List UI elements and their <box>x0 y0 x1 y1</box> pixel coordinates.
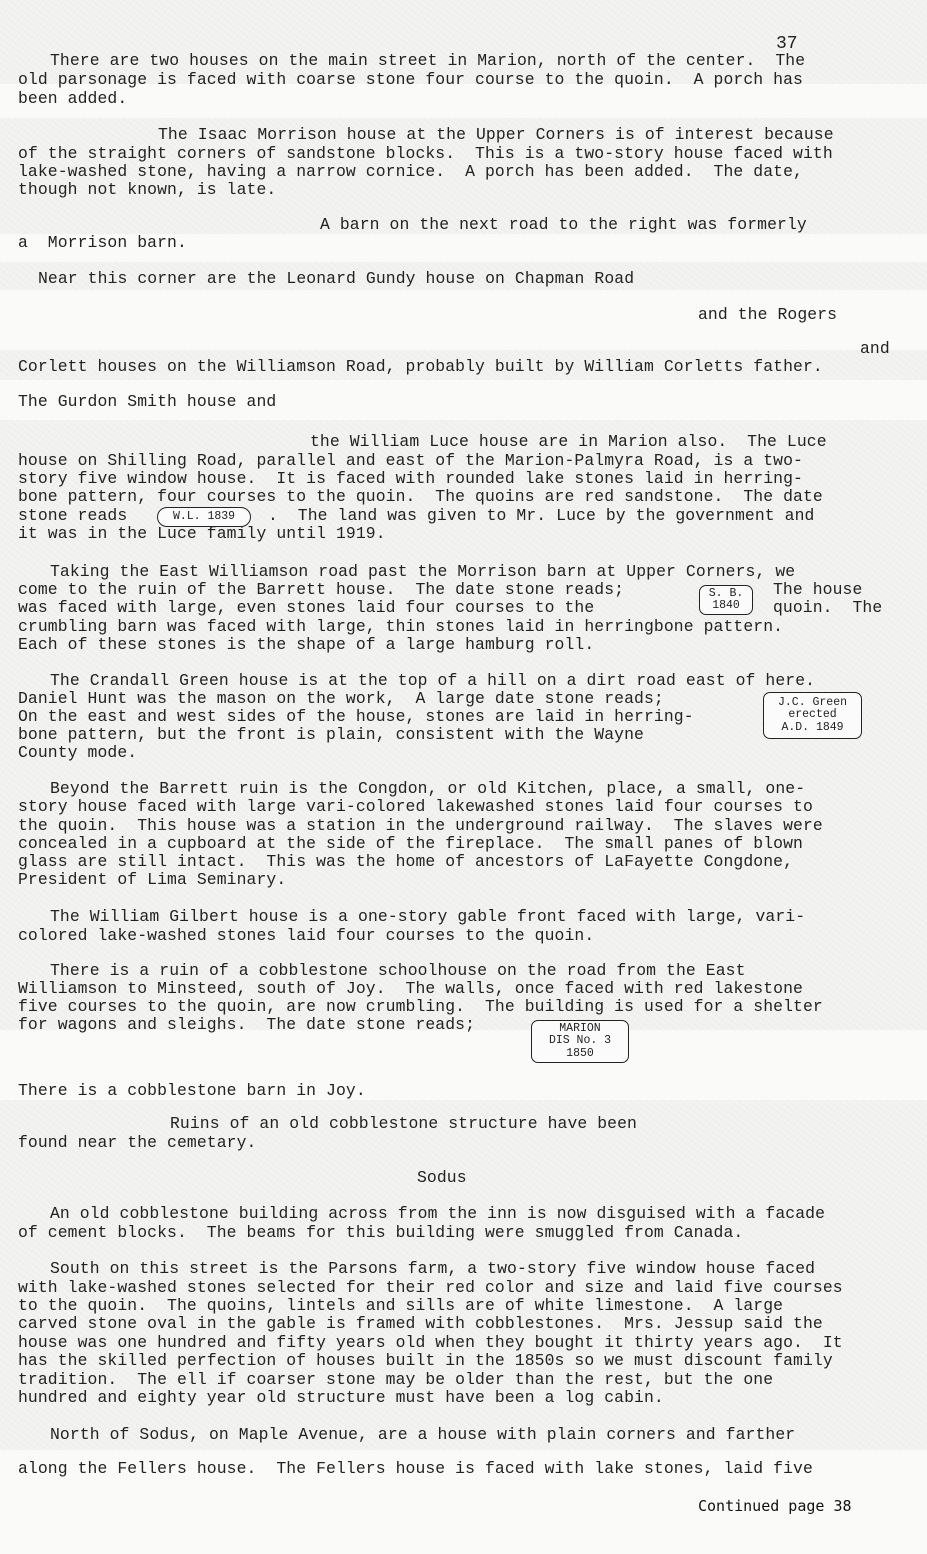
date-stone-line: A.D. 1849 <box>781 722 843 735</box>
paragraph-line: tradition. The ell if coarser stone may … <box>18 1371 773 1390</box>
paragraph-line: bone pattern, but the front is plain, co… <box>18 726 644 745</box>
paragraph-line: The William Gilbert house is a one-story… <box>50 908 805 927</box>
paragraph-line: County mode. <box>18 744 137 763</box>
paragraph-line: colored lake-washed stones laid four cou… <box>18 927 594 946</box>
paragraph-line: story house faced with large vari-colore… <box>18 798 813 817</box>
paragraph-line: crumbling barn was faced with large, thi… <box>18 618 783 637</box>
section-heading-sodus: Sodus <box>417 1169 467 1188</box>
paragraph-line: with lake-washed stones selected for the… <box>18 1279 843 1298</box>
paragraph-line: Beyond the Barrett ruin is the Congdon, … <box>50 780 805 799</box>
paragraph-line: There are two houses on the main street … <box>50 52 805 71</box>
paragraph-line: to the quoin. The quoins, lintels and si… <box>18 1297 783 1316</box>
paragraph-line: carved stone oval in the gable is framed… <box>18 1315 823 1334</box>
paragraph-line: There is a ruin of a cobblestone schoolh… <box>50 962 746 981</box>
paragraph-line: The Gurdon Smith house and <box>18 393 276 412</box>
paragraph-line: quoin. The <box>773 599 882 618</box>
paragraph-line: South on this street is the Parsons farm… <box>50 1260 815 1279</box>
paragraph-line: hundred and eighty year old structure mu… <box>18 1389 664 1408</box>
paragraph-line: There is a cobblestone barn in Joy. <box>18 1082 366 1101</box>
paragraph-line: been added. <box>18 90 127 109</box>
paragraph-line: house was one hundred and fifty years ol… <box>18 1334 843 1353</box>
date-stone-line: DIS No. 3 <box>549 1035 611 1048</box>
document-page: 37 There are two houses on the main stre… <box>0 0 927 1554</box>
paragraph-line: Williamson to Minsteed, south of Joy. Th… <box>18 980 803 999</box>
paragraph-line: Ruins of an old cobblestone structure ha… <box>170 1115 637 1134</box>
paragraph-line: old parsonage is faced with coarse stone… <box>18 71 803 90</box>
paragraph-line: five courses to the quoin, are now crumb… <box>18 998 823 1017</box>
paragraph-line: story five window house. It is faced wit… <box>18 470 803 489</box>
paragraph-line: though not known, is late. <box>18 181 276 200</box>
paragraph-line: was faced with large, even stones laid f… <box>18 599 594 618</box>
paragraph-line: found near the cemetary. <box>18 1134 256 1153</box>
paragraph-line: Corlett houses on the Williamson Road, p… <box>18 358 823 377</box>
date-stone-line: W.L. 1839 <box>173 511 235 524</box>
paragraph-line: along the Fellers house. The Fellers hou… <box>18 1460 813 1479</box>
paragraph-line: a Morrison barn. <box>18 234 187 253</box>
date-stone-line: 1850 <box>566 1048 594 1061</box>
paragraph-line: lake-washed stone, having a narrow corni… <box>18 163 803 182</box>
paragraph-line: On the east and west sides of the house,… <box>18 708 694 727</box>
paragraph-line: and <box>860 340 890 359</box>
paragraph-line: The Crandall Green house is at the top o… <box>50 672 815 691</box>
paragraph-line: President of Lima Seminary. <box>18 871 286 890</box>
paragraph-line: Near this corner are the Leonard Gundy h… <box>38 270 634 289</box>
date-stone-barrett: S. B. 1840 <box>699 585 753 615</box>
date-stone-schoolhouse: MARION DIS No. 3 1850 <box>531 1020 629 1063</box>
paragraph-line: North of Sodus, on Maple Avenue, are a h… <box>50 1426 795 1445</box>
paragraph-line: The house <box>773 581 862 600</box>
paragraph-line: it was in the Luce family until 1919. <box>18 525 386 544</box>
paragraph-line: the William Luce house are in Marion als… <box>310 433 827 452</box>
paragraph-line: for wagons and sleighs. The date stone r… <box>18 1016 475 1035</box>
paragraph-line: A barn on the next road to the right was… <box>320 216 807 235</box>
paragraph-line: and the Rogers <box>698 306 837 325</box>
date-stone-green: J.C. Green erected A.D. 1849 <box>763 692 862 739</box>
paragraph-line: of cement blocks. The beams for this bui… <box>18 1224 743 1243</box>
paragraph-line: glass are still intact. This was the hom… <box>18 853 793 872</box>
date-stone-line: 1840 <box>712 600 740 613</box>
paragraph-line: house on Shilling Road, parallel and eas… <box>18 452 803 471</box>
paragraph-line: An old cobblestone building across from … <box>50 1205 825 1224</box>
paragraph-line: of the straight corners of sandstone blo… <box>18 145 833 164</box>
paragraph-line: . The land was given to Mr. Luce by the … <box>268 507 814 526</box>
paragraph-line: stone reads <box>18 507 127 526</box>
paragraph-line: Each of these stones is the shape of a l… <box>18 636 594 655</box>
date-stone-line: erected <box>788 709 836 722</box>
paragraph-line: concealed in a cupboard at the side of t… <box>18 835 803 854</box>
paragraph-line: Taking the East Williamson road past the… <box>50 563 795 582</box>
paragraph-line: has the skilled perfection of houses bui… <box>18 1352 833 1371</box>
paragraph-line: bone pattern, four courses to the quoin.… <box>18 488 823 507</box>
paragraph-line: come to the ruin of the Barrett house. T… <box>18 581 624 600</box>
paragraph-line: the quoin. This house was a station in t… <box>18 817 823 836</box>
continued-note: Continued page 38 <box>698 1497 852 1515</box>
paragraph-line: The Isaac Morrison house at the Upper Co… <box>158 126 834 145</box>
paragraph-line: Daniel Hunt was the mason on the work, A… <box>18 690 664 709</box>
